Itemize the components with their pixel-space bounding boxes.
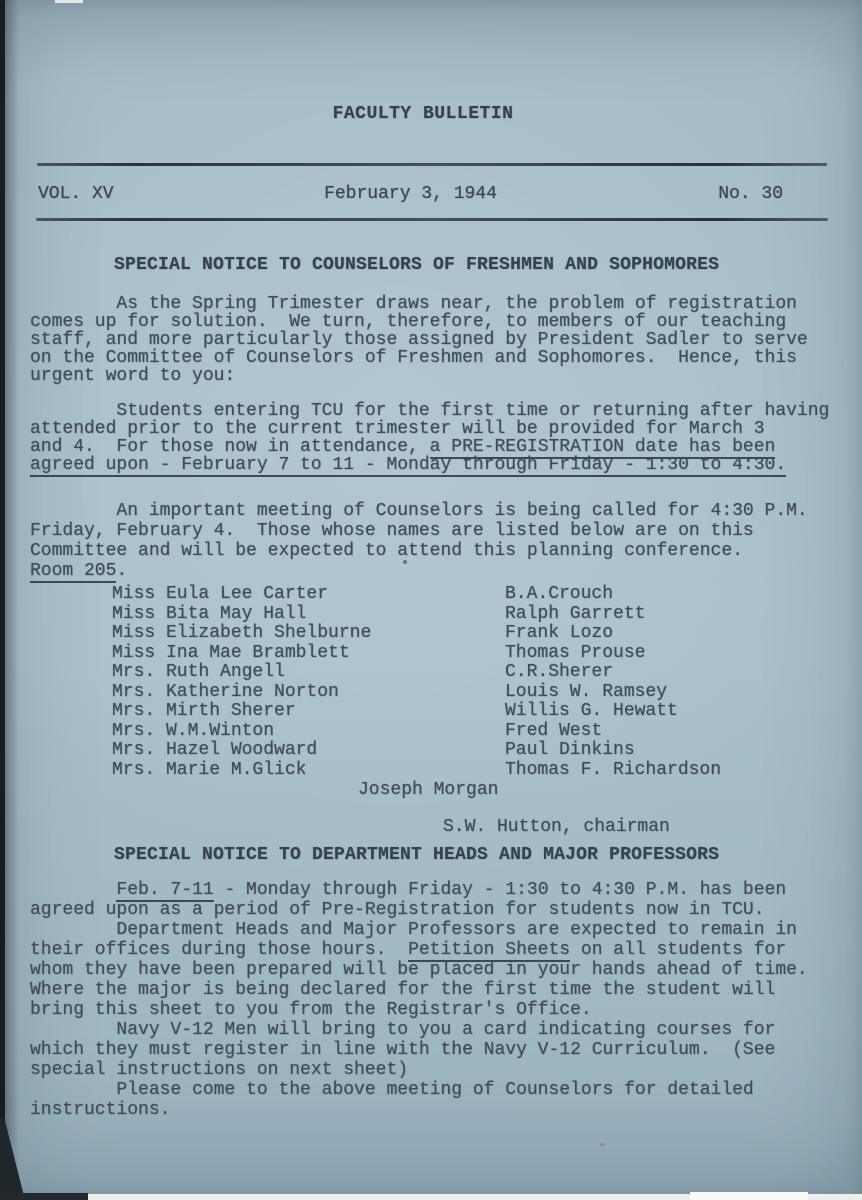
name-list-item: Paul Dinkins <box>505 741 721 761</box>
notice1-heading: SPECIAL NOTICE TO COUNSELORS OF FRESHMEN… <box>114 255 719 275</box>
text-line: Department Heads and Major Professors ar… <box>30 920 808 940</box>
notice1-paragraph-3: An important meeting of Counselors is be… <box>30 501 808 581</box>
counselor-name-centered: Joseph Morgan <box>358 781 498 799</box>
text-line: instructions. <box>30 1100 808 1120</box>
name-list-item: Miss Bita May Hall <box>112 605 505 625</box>
text-line: on the Committee of Counselors of Freshm… <box>30 349 808 367</box>
text-line: attended prior to the current trimester … <box>30 420 829 438</box>
text-line: Please come to the above meeting of Coun… <box>30 1080 808 1100</box>
name-list-item: Miss Eula Lee Carter <box>112 585 505 605</box>
text-line: which they must register in line with th… <box>30 1040 808 1060</box>
text-line: Friday, February 4. Those whose names ar… <box>30 521 808 541</box>
name-list-item: Thomas Prouse <box>505 644 721 664</box>
issue-number: No. 30 <box>718 184 783 204</box>
notice1-paragraph-2: Students entering TCU for the first time… <box>30 402 829 474</box>
name-list-item: Thomas F. Richardson <box>505 761 721 781</box>
counselor-names-column-left: Miss Eula Lee CarterMiss Bita May HallMi… <box>112 585 505 780</box>
scan-edge-bottom-dark <box>0 1193 88 1200</box>
text-line: Feb. 7-11 - Monday through Friday - 1:30… <box>30 880 808 900</box>
text-line: and 4. For those now in attendance, a PR… <box>30 438 829 456</box>
name-list-item: Louis W. Ramsey <box>505 683 721 703</box>
text-line: urgent word to you: <box>30 367 808 385</box>
notice2-paragraph: Feb. 7-11 - Monday through Friday - 1:30… <box>30 880 808 1120</box>
name-list-item: Mrs. Mirth Sherer <box>112 702 505 722</box>
name-list-item: Miss Elizabeth Shelburne <box>112 624 505 644</box>
ink-speck <box>403 560 407 564</box>
name-list-item: Miss Ina Mae Bramblett <box>112 644 505 664</box>
text-line: special instructions on next sheet) <box>30 1060 808 1080</box>
name-list-item: Willis G. Hewatt <box>505 702 721 722</box>
notice1-paragraph-1: As the Spring Trimester draws near, the … <box>30 295 808 385</box>
counselor-names-column-right: B.A.CrouchRalph GarrettFrank LozoThomas … <box>505 585 721 780</box>
text-line: Where the major is being declared for th… <box>30 980 808 1000</box>
name-list-item: Ralph Garrett <box>505 605 721 625</box>
text-line: whom they have been prepared will be pla… <box>30 960 808 980</box>
scan-edge-left-shade <box>5 0 19 1200</box>
counselor-names-table: Miss Eula Lee CarterMiss Bita May HallMi… <box>112 585 721 780</box>
text-line: Students entering TCU for the first time… <box>30 402 829 420</box>
ink-speck <box>600 1143 605 1146</box>
text-line: An important meeting of Counselors is be… <box>30 501 808 521</box>
text-line: Room 205. <box>30 561 808 581</box>
chairman-signature: S.W. Hutton, chairman <box>443 818 670 836</box>
notice2-heading: SPECIAL NOTICE TO DEPARTMENT HEADS AND M… <box>114 845 719 865</box>
name-list-item: Fred West <box>505 722 721 742</box>
name-list-item: Mrs. Marie M.Glick <box>112 761 505 781</box>
text-line: agreed upon - February 7 to 11 - Monday … <box>30 456 829 474</box>
text-line: staff, and more particularly those assig… <box>30 331 808 349</box>
name-list-item: Mrs. Ruth Angell <box>112 663 505 683</box>
horizontal-rule-top <box>37 163 827 166</box>
name-list-item: Mrs. W.M.Winton <box>112 722 505 742</box>
scanned-bulletin-page: FACULTY BULLETIN VOL. XV February 3, 194… <box>0 0 862 1200</box>
document-title: FACULTY BULLETIN <box>0 104 854 124</box>
text-line: Committee and will be expected to attend… <box>30 541 808 561</box>
name-list-item: Mrs. Hazel Woodward <box>112 741 505 761</box>
name-list-item: C.R.Sherer <box>505 663 721 683</box>
text-line: Navy V-12 Men will bring to you a card i… <box>30 1020 808 1040</box>
text-line: comes up for solution. We turn, therefor… <box>30 313 808 331</box>
scan-edge-top-notch <box>55 0 83 3</box>
name-list-item: Mrs. Katherine Norton <box>112 683 505 703</box>
issue-date: February 3, 1944 <box>38 184 783 204</box>
text-line: As the Spring Trimester draws near, the … <box>30 295 808 313</box>
text-line: agreed upon as a period of Pre-Registrat… <box>30 900 808 920</box>
text-line: their offices during those hours. Petiti… <box>30 940 808 960</box>
scan-edge-bottom-bright <box>690 1192 808 1200</box>
name-list-item: Frank Lozo <box>505 624 721 644</box>
name-list-item: B.A.Crouch <box>505 585 721 605</box>
text-line: bring this sheet to you from the Registr… <box>30 1000 808 1020</box>
horizontal-rule-bottom <box>36 218 828 221</box>
